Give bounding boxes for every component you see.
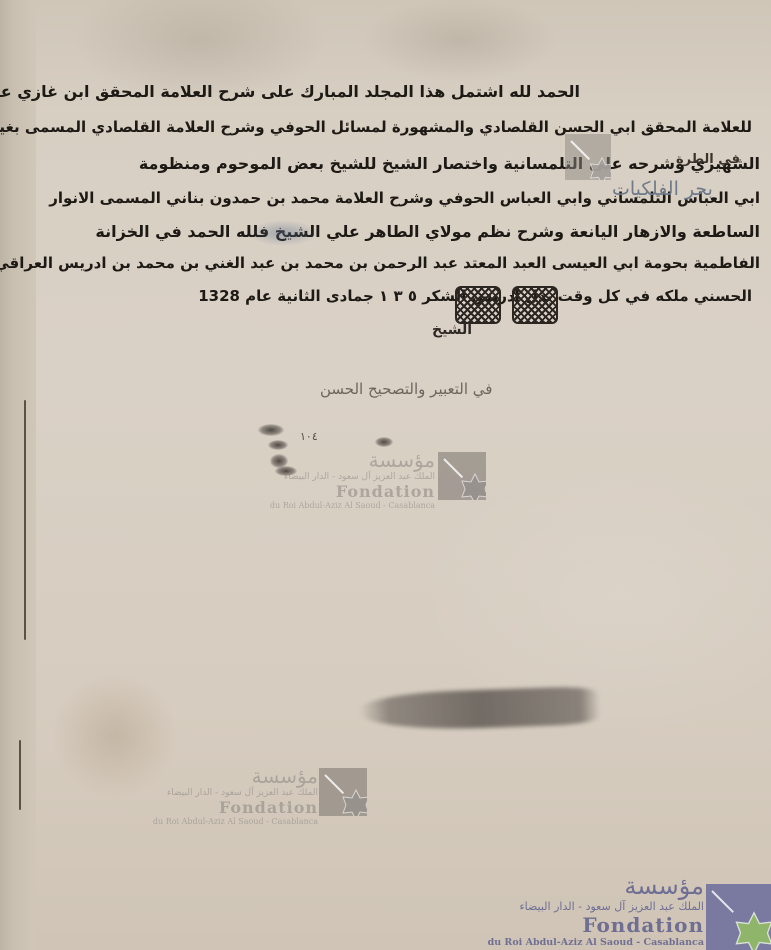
watermark-arabic-subtitle: الملك عبد العزيز آل سعود - الدار البيضاء xyxy=(470,900,704,913)
text-line-2: للعلامة المحقق ابي الحسن القلصادي والمشه… xyxy=(0,118,752,136)
watermark-arabic-subtitle: الملك عبد العزيز آل سعود - الدار البيضاء xyxy=(255,472,435,482)
ink-smudge xyxy=(375,437,393,447)
page-tear-line xyxy=(19,740,21,810)
watermark-arabic-title: مؤسسة xyxy=(255,448,435,472)
seal-caption: الشيخ xyxy=(432,322,472,338)
ink-smudge xyxy=(258,424,284,436)
margin-note: بحر الفلكيات xyxy=(612,178,713,200)
watermark-lower-left: مؤسسة الملك عبد العزيز آل سعود - الدار ا… xyxy=(140,764,318,826)
text-line-1: الحمد لله اشتمل هذا المجلد المبارك على ش… xyxy=(0,82,580,101)
watermark-bottom-right: مؤسسة الملك عبد العزيز آل سعود - الدار ا… xyxy=(470,872,704,948)
page-tear-line xyxy=(24,400,26,640)
watermark-middle: مؤسسة الملك عبد العزيز آل سعود - الدار ا… xyxy=(255,448,435,510)
star-icon xyxy=(458,472,486,500)
ownership-seal xyxy=(455,286,501,324)
watermark-logo xyxy=(706,884,771,950)
text-line-6: الفاطمية بحومة ابي العيسى العبد المعتد ع… xyxy=(0,254,760,272)
watermark-french-subtitle: du Roi Abdul-Aziz Al Saoud - Casablanca xyxy=(470,937,704,948)
page-left-edge xyxy=(0,0,36,950)
watermark-arabic-title: مؤسسة xyxy=(470,872,704,900)
text-line-5: الساطعة والازهار اليانعة وشرح نظم مولاي … xyxy=(95,222,760,241)
watermark-french-subtitle: du Roi Abdul-Aziz Al Saoud - Casablanca xyxy=(255,501,435,510)
faint-number: ١٠٤ xyxy=(300,430,318,443)
watermark-french-title: Fondation xyxy=(255,482,435,501)
star-icon xyxy=(587,156,611,180)
watermark-arabic-subtitle: الملك عبد العزيز آل سعود - الدار البيضاء xyxy=(140,788,318,798)
ink-stain xyxy=(248,220,318,246)
marginal-fragment: في الطرة xyxy=(676,152,740,167)
star-icon xyxy=(731,910,771,950)
watermark-logo xyxy=(319,768,367,816)
manuscript-page: الحمد لله اشتمل هذا المجلد المبارك على ش… xyxy=(0,0,771,950)
watermark-logo-top xyxy=(565,134,611,180)
watermark-logo xyxy=(438,452,486,500)
ownership-seal xyxy=(512,286,558,324)
watermark-french-title: Fondation xyxy=(470,913,704,937)
ink-bleed-smudge xyxy=(359,686,600,732)
star-icon xyxy=(339,788,367,816)
watermark-french-title: Fondation xyxy=(140,798,318,817)
text-line-3: الشهيري وشرحه على التلمسانية واختصار الش… xyxy=(139,154,760,173)
watermark-arabic-title: مؤسسة xyxy=(140,764,318,788)
watermark-french-subtitle: du Roi Abdul-Aziz Al Saoud - Casablanca xyxy=(140,817,318,826)
faint-text-line: في التعبير والتصحيح الحسن xyxy=(320,380,492,398)
